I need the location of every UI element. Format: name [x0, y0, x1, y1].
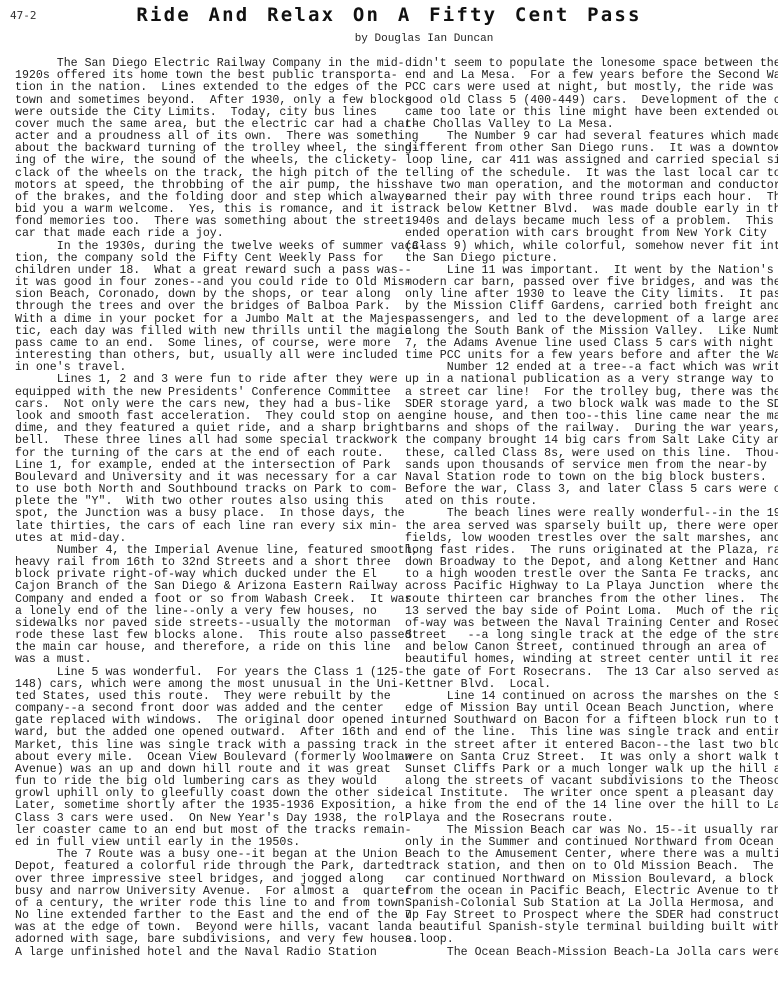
text-line: ended operation with cars brought from N…	[405, 228, 778, 240]
text-line: late thirties, the cars of each line ran…	[15, 521, 426, 533]
text-line: With a dime in your pocket for a Jumbo M…	[15, 314, 426, 326]
text-line: ing of the wire, the sound of the wheels…	[15, 155, 426, 167]
text-line: Cajon Branch of the San Diego & Arizona …	[15, 581, 426, 593]
text-line: a street car line! For the trolley bug, …	[405, 387, 778, 399]
text-line: for the turning of the cars at the end o…	[15, 448, 426, 460]
byline: by Douglas Ian Duncan	[0, 33, 778, 45]
text-line: the gate of Fort Rosecrans. The 13 Car a…	[405, 667, 778, 679]
text-line: end of the line. This line was single tr…	[405, 727, 778, 739]
text-line: (Class 9) which, while colorful, somehow…	[405, 241, 778, 253]
text-line: in the street after it entered Bacon--th…	[405, 740, 778, 752]
text-line: a hike from the end of the 14 line over …	[405, 800, 778, 812]
text-line: Lines 1, 2 and 3 were fun to ride after …	[15, 374, 426, 386]
text-line: A large unfinished hotel and the Naval R…	[15, 947, 426, 959]
text-line: track station, and then on to Old Missio…	[405, 861, 778, 873]
text-line: up in a national publication as a very s…	[405, 374, 778, 386]
text-line: through the trees and over the bridges o…	[15, 301, 426, 313]
text-line: car that made each ride a joy.	[15, 228, 426, 240]
text-line: spot, the Junction was a busy place. In …	[15, 508, 426, 520]
text-line: these, called Class 8s, were used on thi…	[405, 448, 778, 460]
text-line: Class 3 cars were used. On New Year's Da…	[15, 813, 426, 825]
text-line: adorned with sage, bare subdivisions, an…	[15, 934, 426, 946]
article-title: Ride And Relax On A Fifty Cent Pass	[0, 4, 778, 26]
text-line: PCC cars were used at night, but mostly,…	[405, 82, 778, 94]
text-line: route thirteen car branches from the oth…	[405, 594, 778, 606]
text-line: ward, but the added one opened outward. …	[15, 727, 426, 739]
text-line: Depot, featured a colorful ride through …	[15, 861, 426, 873]
text-line: The Ocean Beach-Mission Beach-La Jolla c…	[405, 947, 778, 959]
text-line: bell. These three lines all had some spe…	[15, 435, 426, 447]
text-line: Later, sometime shortly after the 1935-1…	[15, 800, 426, 812]
text-line: good old Class 5 (400-449) cars. Develop…	[405, 95, 778, 107]
text-line: The beach lines were really wonderful--i…	[405, 508, 778, 520]
text-line: clack of the wheels on the track, the hi…	[15, 168, 426, 180]
text-line: Playa and the Rosecrans route.	[405, 813, 778, 825]
text-line: loop line, car 411 was assigned and carr…	[405, 155, 778, 167]
text-line: town and sometimes beyond. After 1930, o…	[15, 95, 426, 107]
text-line: was a must.	[15, 654, 426, 666]
text-line: tion in the nation. Lines extended to th…	[15, 82, 426, 94]
text-line: a loop.	[405, 934, 778, 946]
text-line: Company and ended a foot or so from Waba…	[15, 594, 426, 606]
text-line: equipped with the new Presidents' Confer…	[15, 387, 426, 399]
text-line: Market, this line was single track with …	[15, 740, 426, 752]
text-line: car continued Northward on Mission Boule…	[405, 874, 778, 886]
right-column: didn't seem to populate the lonesome spa…	[405, 58, 778, 959]
text-line: the company brought 14 big cars from Sal…	[405, 435, 778, 447]
left-column: The San Diego Electric Railway Company i…	[15, 58, 426, 959]
text-line: by the Mission Cliff Gardens, carried bo…	[405, 301, 778, 313]
text-line: passengers, and led to the development o…	[405, 314, 778, 326]
text-line: telling of the schedule. It was the last…	[405, 168, 778, 180]
text-line: a beautiful Spanish-style terminal build…	[405, 922, 778, 934]
text-line: beautiful homes, winding at street cente…	[405, 654, 778, 666]
text-line: the area served was sparsely built up, t…	[405, 521, 778, 533]
text-line: In the 1930s, during the twelve weeks of…	[15, 241, 426, 253]
text-line: over three impressive steel bridges, and…	[15, 874, 426, 886]
text-line: Line 5 was wonderful. For years the Clas…	[15, 667, 426, 679]
text-line: across Pacific Highway to La Playa Junct…	[405, 581, 778, 593]
